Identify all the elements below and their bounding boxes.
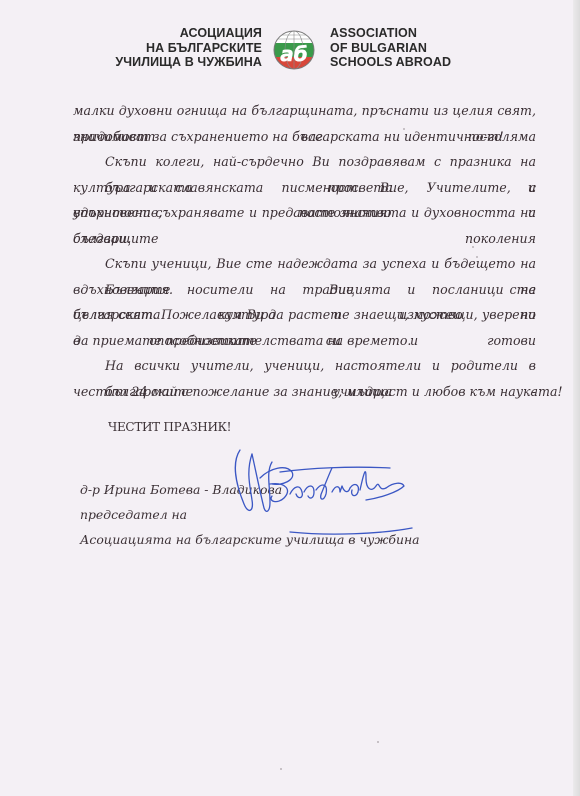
text-line: честит 24 май с пожелание за знание, мъд… — [73, 379, 536, 405]
paragraph-2: Скъпи колеги, най-сърдечно Ви поздравява… — [73, 149, 536, 251]
org-name-bg-line: НА БЪЛГАРСКИТЕ — [115, 41, 262, 56]
text-line: малки духовни огнища на българщината, пр… — [73, 98, 536, 124]
org-name-en-line: SCHOOLS ABROAD — [330, 55, 451, 70]
svg-text:аб: аб — [280, 42, 307, 66]
text-line: вдъхновените носители на традицията и по… — [73, 277, 536, 303]
letterhead: АСОЦИАЦИЯ НА БЪЛГАРСКИТЕ УЧИЛИЩА В ЧУЖБИ… — [0, 26, 580, 76]
scan-speck — [377, 741, 379, 743]
text-line: На всички учители, ученици, настоятели и… — [73, 353, 536, 379]
org-name-en-line: OF BULGARIAN — [330, 41, 451, 56]
paragraph-3: Скъпи ученици, Вие сте надеждата за успе… — [73, 251, 536, 353]
text-line: култура и славянската писменост. Вие, Уч… — [73, 175, 536, 201]
org-name-bg-line: АСОЦИАЦИЯ — [115, 26, 262, 41]
org-name-bulgarian: АСОЦИАЦИЯ НА БЪЛГАРСКИТЕ УЧИЛИЩА В ЧУЖБИ… — [115, 26, 262, 70]
scan-speck — [280, 768, 282, 770]
letter-body: малки духовни огнища на българщината, пр… — [73, 98, 536, 404]
closing-greeting: ЧЕСТИТ ПРАЗНИК! — [108, 420, 231, 434]
scan-speck — [403, 128, 405, 130]
paragraph-1: малки духовни огнища на българщината, пр… — [73, 98, 536, 149]
text-line: упоритост съхранявате и предавате знания… — [73, 200, 536, 226]
globe-logo-icon: аб — [271, 28, 317, 72]
letter-page: АСОЦИАЦИЯ НА БЪЛГАРСКИТЕ УЧИЛИЩА В ЧУЖБИ… — [0, 0, 580, 796]
text-line: Скъпи колеги, най-сърдечно Ви поздравява… — [73, 149, 536, 175]
scan-speck — [472, 246, 474, 248]
text-line: Скъпи ученици, Вие сте надеждата за успе… — [73, 251, 536, 277]
org-name-english: ASSOCIATION OF BULGARIAN SCHOOLS ABROAD — [330, 26, 451, 70]
page-edge-shadow — [573, 0, 580, 796]
scan-speck — [476, 256, 478, 258]
org-name-bg-line: УЧИЛИЩА В ЧУЖБИНА — [115, 55, 262, 70]
handwritten-signature-icon — [230, 442, 420, 542]
text-line: целия свят. Пожелавам Ви да растете знае… — [73, 302, 536, 328]
org-name-en-line: ASSOCIATION — [330, 26, 451, 41]
paragraph-4: На всички учители, ученици, настоятели и… — [73, 353, 536, 404]
text-line: значимост за съхранението на българската… — [73, 124, 536, 150]
